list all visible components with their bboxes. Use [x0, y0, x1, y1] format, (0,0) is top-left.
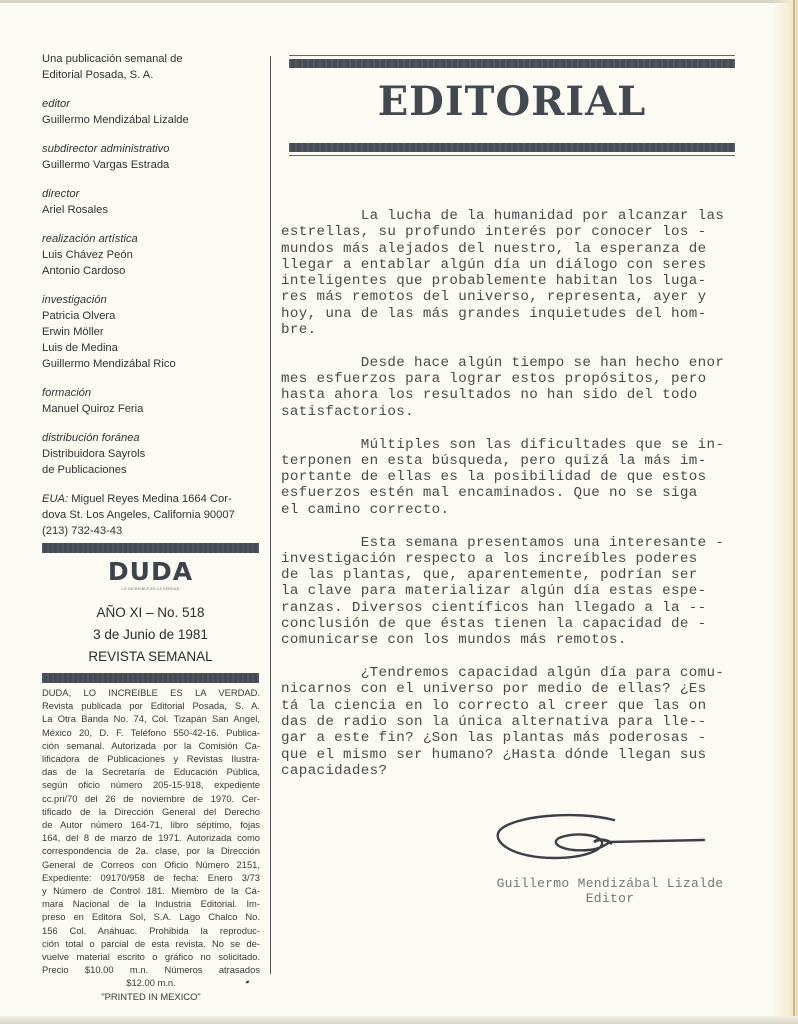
staff-name: Guillermo Mendizábal Rico: [42, 356, 260, 372]
staff-role: realización artística: [42, 231, 260, 247]
eua-label: EUA:: [42, 493, 68, 505]
paragraph-line: Desde hace algún tiempo se han hecho eno…: [281, 355, 747, 371]
paragraph-line: ¿Tendremos capacidad algún día para comu…: [281, 665, 747, 681]
page-edge-top: [0, 0, 798, 3]
legal-line: das de la Secretaría de Educación Públic…: [42, 765, 260, 778]
legal-line: y Número de Control 181. Miembro de la C…: [42, 884, 260, 897]
back-issue-price: $12.00 m.n.: [42, 976, 260, 989]
staff-name: Guillermo Mendizábal Lizalde: [42, 112, 260, 128]
staff-role: distribución foránea: [42, 430, 260, 446]
editorial-paragraph: Desde hace algún tiempo se han hecho eno…: [281, 355, 747, 420]
staff-name: Antonio Cardoso: [42, 263, 260, 279]
publisher-info: Una publicación semanal de Editorial Pos…: [42, 51, 260, 83]
legal-line: ción semanal. Autorizada por la Comisión…: [42, 739, 260, 752]
paragraph-line: das de radio son la única alternativa pa…: [281, 714, 747, 730]
paragraph-line: inteligentes que probablemente habitan l…: [281, 273, 747, 289]
paragraph-line: gar a este fin? ¿Son las plantas más pod…: [281, 730, 747, 746]
legal-line: La Otra Banda No. 74, Col. Tizapán San A…: [42, 712, 260, 725]
paragraph-line: Esta semana presentamos una interesante …: [281, 535, 747, 551]
staff-name: Distribuidora Sayrols: [42, 446, 260, 462]
paragraph-line: mes esfuerzos para lograr estos propósit…: [281, 371, 747, 387]
legal-line: de Autor número 164-71, libro séptimo, f…: [42, 818, 260, 831]
legal-line: 164, del 8 de marzo de 1971. Autorizada …: [42, 831, 260, 844]
legal-notice: DUDA, LO INCREIBLE ES LA VERDAD.Revista …: [42, 686, 260, 1003]
masthead-credits: Una publicación semanal de Editorial Pos…: [42, 51, 260, 539]
header-rule-thin-top: [289, 55, 735, 56]
paragraph-line: hoy, una de las más grandes inquietudes …: [281, 306, 747, 322]
staff-role: formación: [42, 385, 260, 401]
signature-title: Editor: [460, 891, 760, 906]
legal-line: mara Nacional de la Industria Editorial.…: [42, 897, 260, 910]
staff-role: investigación: [42, 292, 260, 308]
paragraph-line: bre.: [281, 322, 747, 338]
legal-line: DUDA, LO INCREIBLE ES LA VERDAD.: [42, 686, 260, 699]
staff-art: realización artística Luis Chávez Peón A…: [42, 231, 260, 279]
staff-name: Luis Chávez Peón: [42, 247, 260, 263]
issue-info: AÑO XI – No. 518 3 de Junio de 1981 REVI…: [42, 602, 259, 668]
signature-name: Guillermo Mendizábal Lizalde: [460, 876, 760, 891]
staff-distribution: distribución foránea Distribuidora Sayro…: [42, 430, 260, 478]
header-rule-thick-top: [289, 59, 735, 68]
paragraph-line: satisfactorios.: [281, 404, 747, 420]
paragraph-line: estrellas, su profundo interés por conoc…: [281, 224, 747, 240]
staff-editor: editor Guillermo Mendizábal Lizalde: [42, 96, 260, 128]
paragraph-line: el camino correcto.: [281, 502, 747, 518]
paragraph-line: de las plantas, que, aparentemente, podr…: [281, 567, 747, 583]
legal-line: Expediente: 09170/958 de fecha: Enero 3/…: [42, 871, 260, 884]
issue-date: 3 de Junio de 1981: [42, 624, 259, 646]
paragraph-line: res más remotos del universo, representa…: [281, 289, 747, 305]
legal-line: cc.pri/70 del 26 de noviembre de 1970. C…: [42, 792, 260, 805]
issue-number: AÑO XI – No. 518: [42, 602, 259, 624]
staff-role: editor: [42, 96, 260, 112]
paragraph-line: investigación respecto a los increíbles …: [281, 551, 747, 567]
staff-research: investigación Patricia Olvera Erwin Möll…: [42, 292, 260, 372]
handwritten-signature: [494, 812, 714, 868]
paragraph-line: capacidades?: [281, 763, 747, 779]
editorial-paragraph: ¿Tendremos capacidad algún día para comu…: [281, 665, 747, 779]
legal-line: ción total o parcial de esta revista. No…: [42, 937, 260, 950]
paragraph-line: tá la ciencia en lo correcto al creer qu…: [281, 698, 747, 714]
paragraph-line: que el mismo ser humano? ¿Hasta dónde ll…: [281, 747, 747, 763]
legal-line: lificadora de Publicaciones y Revistas I…: [42, 752, 260, 765]
editorial-title: EDITORIAL: [289, 76, 735, 128]
paragraph-line: ranzas. Diversos científicos han llegado…: [281, 600, 747, 616]
publisher-line: Una publicación semanal de: [42, 51, 260, 67]
header-rule-thick-bottom: [289, 143, 735, 152]
us-distributor: EUA: Miguel Reyes Medina 1664 Cor- dova …: [42, 491, 260, 539]
masthead-bar-bottom: [42, 673, 259, 683]
staff-name: Ariel Rosales: [42, 202, 260, 218]
paragraph-line: portante de ellas es la posibilidad de q…: [281, 469, 747, 485]
column-divider: [270, 56, 271, 974]
duda-tagline: LO INCREIBLE ES LA VERDAD: [42, 587, 259, 591]
staff-name: Manuel Quiroz Feria: [42, 401, 260, 417]
eua-line: (213) 732-43-43: [42, 523, 260, 539]
legal-line: según oficio número 205-15-918, expedien…: [42, 778, 260, 791]
paragraph-line: hasta ahora los resultados no han sido d…: [281, 387, 747, 403]
paragraph-line: terponen en esta búsqueda, pero quizá la…: [281, 453, 747, 469]
staff-subdirector: subdirector administrativo Guillermo Var…: [42, 141, 260, 173]
eua-line: Miguel Reyes Medina 1664 Cor-: [68, 493, 232, 505]
staff-name: de Publicaciones: [42, 462, 260, 478]
legal-line: Revista publicada por Editorial Posada, …: [42, 699, 260, 712]
printed-in-mexico: "PRINTED IN MEXICO": [42, 990, 260, 1003]
editorial-paragraph: Esta semana presentamos una interesante …: [281, 535, 747, 649]
paragraph-line: La lucha de la humanidad por alcanzar la…: [281, 208, 747, 224]
editorial-paragraph: La lucha de la humanidad por alcanzar la…: [281, 208, 747, 338]
legal-line: preso en Editora Sol, S.A. Lago Chalco N…: [42, 910, 260, 923]
signature-block: Guillermo Mendizábal Lizalde Editor: [460, 876, 760, 906]
legal-line: Precio $10.00 m.n. Números atrasados: [42, 963, 260, 976]
paragraph-line: nicarnos con el universo por medio de el…: [281, 681, 747, 697]
staff-role: subdirector administrativo: [42, 141, 260, 157]
staff-director: director Ariel Rosales: [42, 186, 260, 218]
paragraph-line: mundos más alejados del nuestro, la espe…: [281, 241, 747, 257]
editorial-body: La lucha de la humanidad por alcanzar la…: [281, 208, 747, 796]
masthead-bar-top: [42, 543, 259, 553]
legal-line: 156 Col. Anáhuac. Prohibida la reproduc-: [42, 924, 260, 937]
paragraph-line: conclusión de que éstas tienen la capaci…: [281, 616, 747, 632]
page-edge-bottom: [0, 1016, 798, 1024]
staff-name: Erwin Möller: [42, 324, 260, 340]
legal-line: México 20, D. F. Teléfono 550-42-16. Pub…: [42, 726, 260, 739]
legal-line: vuelve material escrito o gráfico no sol…: [42, 950, 260, 963]
paragraph-line: esfuerzos estén mal encaminados. Que no …: [281, 485, 747, 501]
issue-type: REVISTA SEMANAL: [42, 646, 259, 668]
eua-line: dova St. Los Angeles, California 90007: [42, 507, 260, 523]
legal-line: tificado de la Dirección General del Der…: [42, 805, 260, 818]
page-edge-right: [772, 0, 798, 1024]
legal-line: General de Correos con Oficio Número 215…: [42, 858, 260, 871]
staff-name: Patricia Olvera: [42, 308, 260, 324]
header-rule-thin-bottom: [289, 155, 735, 156]
paragraph-line: comunicarse con los mundos más remotos.: [281, 632, 747, 648]
legal-line: correspondencia de 2a. clase, por la Dir…: [42, 844, 260, 857]
staff-layout: formación Manuel Quiroz Feria: [42, 385, 260, 417]
paragraph-line: Múltiples son las dificultades que se in…: [281, 437, 747, 453]
staff-name: Guillermo Vargas Estrada: [42, 157, 260, 173]
staff-name: Luis de Medina: [42, 340, 260, 356]
staff-role: director: [42, 186, 260, 202]
duda-logo: DUDA: [42, 557, 259, 586]
paragraph-line: la clave para materializar algún día est…: [281, 583, 747, 599]
editorial-paragraph: Múltiples son las dificultades que se in…: [281, 437, 747, 518]
paragraph-line: llegar a entablar algún día un diálogo c…: [281, 257, 747, 273]
publisher-line: Editorial Posada, S. A.: [42, 67, 260, 83]
